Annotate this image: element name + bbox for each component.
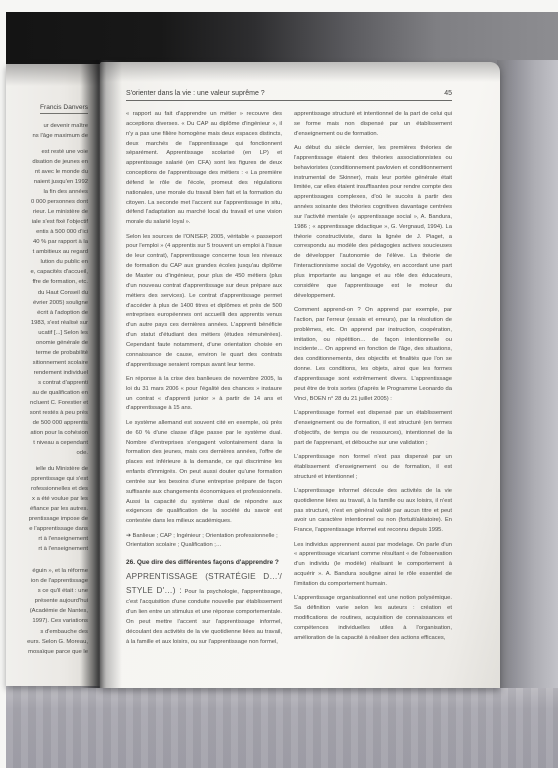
frag-line: ode. — [10, 448, 88, 458]
frag-line: s ce qu'il était : une — [10, 586, 88, 596]
frag-line: naient jusqu'en 1992 — [10, 177, 88, 187]
frag-line: onomie générale de — [10, 338, 88, 348]
frag-line: entis à 500 000 d'ici — [10, 227, 88, 237]
frag-line: ucatif [...] Selon les — [10, 328, 88, 338]
left-column: « rapport au fait d'apprendre un métier … — [126, 110, 282, 648]
frag-line: t ambitieux au regard — [10, 247, 88, 257]
frag-line: e l'apprentissage dans — [10, 524, 88, 534]
frag-line: 40 % par rapport à la — [10, 237, 88, 247]
frag-line: rofessionnelles et des — [10, 484, 88, 494]
frag-line: prentissage impose de — [10, 514, 88, 524]
frag-line: (Académie de Nantes, — [10, 606, 88, 616]
frag-line: terme de probabilité — [10, 348, 88, 358]
frag-line: nt avec le monde du — [10, 167, 88, 177]
frag-line: s d'embauche des — [10, 627, 88, 637]
para: Comment apprend-on ? On apprend par exem… — [294, 306, 452, 404]
frag-line: 0 000 personnes dont — [10, 197, 88, 207]
para: Le système allemand est souvent cité en … — [126, 419, 282, 527]
para: Au début du siècle dernier, les première… — [294, 144, 452, 302]
frag-line: ffre de formation, etc. — [10, 277, 88, 287]
frag-line: rendement individuel — [10, 368, 88, 378]
frag-line: présente aujourd'hui — [10, 596, 88, 606]
frag-line: pprentissage qui s'est — [10, 474, 88, 484]
frag-line: x a été voulue par les — [10, 494, 88, 504]
frag-line: ur devenir maître — [10, 121, 88, 131]
running-title: S'orienter dans la vie : une valeur supr… — [126, 90, 265, 97]
frag-line: du Haut Conseil du — [10, 288, 88, 298]
para: L'apprentissage organisationnel est une … — [294, 594, 452, 643]
table-surface — [6, 686, 558, 768]
page-stack-edge — [497, 60, 558, 688]
frag-line: de 500 000 apprentis — [10, 418, 88, 428]
left-column-paragraphs: « rapport au fait d'apprendre un métier … — [126, 110, 282, 527]
main-page: S'orienter dans la vie : une valeur supr… — [100, 62, 500, 688]
frag-line: eurs. Selon G. Moreau, — [10, 637, 88, 647]
frag-line: mosaïque parce que le — [10, 647, 88, 657]
para: L'apprentissage informel découle des act… — [294, 487, 452, 536]
frag-line: ion de l'apprentissage — [10, 576, 88, 586]
facing-running-header: Francis Danvers — [40, 104, 88, 114]
book-photo: Francis Danvers ur devenir maîtrens l'âg… — [0, 0, 558, 768]
frag-line: rt à l'enseignement — [10, 544, 88, 554]
section-heading: 26. Que dire des différentes façons d'ap… — [126, 558, 282, 568]
para: apprentissage structuré et intentionnel … — [294, 110, 452, 140]
frag-line: 1983, s'est réalisé sur — [10, 318, 88, 328]
frag-line: écrit à l'adoption de — [10, 308, 88, 318]
main-page-content: S'orienter dans la vie : une valeur supr… — [126, 90, 452, 648]
frag-line: au de qualification en — [10, 388, 88, 398]
frag-line: iale s'est fixé l'objectif — [10, 217, 88, 227]
facing-page: Francis Danvers ur devenir maîtrens l'âg… — [6, 64, 100, 686]
text-columns: « rapport au fait d'apprendre un métier … — [126, 110, 452, 648]
frag-line: ns l'âge maximum de — [10, 131, 88, 141]
frag-line: sitionnement scolaire — [10, 358, 88, 368]
frag-line: ncluent C. Forestier et — [10, 398, 88, 408]
frag-line: éguin », et la réforme — [10, 566, 88, 576]
frag-line: évrier 2005) souligne — [10, 298, 88, 308]
frag-line: e, capacités d'accueil, — [10, 267, 88, 277]
page-number: 45 — [444, 90, 452, 97]
para: En réponse à la crise des banlieues de n… — [126, 375, 282, 414]
frag-line: rieur. Le ministère de — [10, 207, 88, 217]
facing-page-content: Francis Danvers ur devenir maîtrens l'âg… — [10, 96, 88, 657]
right-column-paragraphs: apprentissage structuré et intentionnel … — [294, 110, 452, 644]
frag-line: s contrat d'apprenti — [10, 378, 88, 388]
running-header: S'orienter dans la vie : une valeur supr… — [126, 90, 452, 101]
para: Selon les sources de l'ONISEP, 2005, vér… — [126, 233, 282, 371]
frag-line: éfiance par les autres. — [10, 504, 88, 514]
frag-line: ielle du Ministère de — [10, 464, 88, 474]
frag-line: 1997). Ces variations — [10, 616, 88, 626]
facing-line-endings: ur devenir maîtrens l'âge maximum deest … — [10, 121, 88, 657]
entry-paragraph: APPRENTISSAGE (STRATÉGIE D…'/ STYLE D'…)… — [126, 570, 282, 647]
right-column: apprentissage structuré et intentionnel … — [294, 110, 452, 648]
frag-line: rt à l'enseignement — [10, 534, 88, 544]
frag-line: lution du public en — [10, 257, 88, 267]
para: L'apprentissage formel est dispensé par … — [294, 409, 452, 448]
para: L'apprentissage non formel n'est pas dis… — [294, 453, 452, 483]
dark-backdrop-band — [6, 12, 558, 65]
frag-line: t niveau a cependant — [10, 438, 88, 448]
see-also-line: ➔ Banlieue ; CAP ; Ingénieur ; Orientati… — [126, 532, 282, 552]
para: Les individus apprennent aussi par model… — [294, 541, 452, 590]
para: « rapport au fait d'apprendre un métier … — [126, 110, 282, 228]
entry-body: Pour la psychologie, l'apprentissage, c'… — [126, 589, 282, 644]
frag-line: la fin des années — [10, 187, 88, 197]
frag-line: disation de jeunes en — [10, 157, 88, 167]
frag-line: sont restés à peu près — [10, 408, 88, 418]
frag-line: est resté une voie — [10, 147, 88, 157]
frag-line: ation pour la cohésion — [10, 428, 88, 438]
